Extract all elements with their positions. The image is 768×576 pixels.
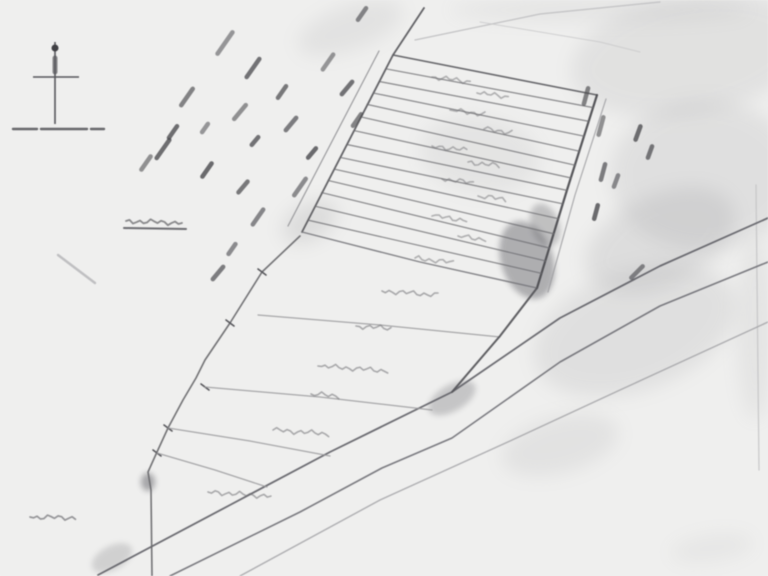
faint-line <box>124 228 186 229</box>
scanned-map-sheet <box>0 0 768 576</box>
north-arrow-finial <box>52 45 59 52</box>
plat-map-drawing <box>0 0 768 576</box>
